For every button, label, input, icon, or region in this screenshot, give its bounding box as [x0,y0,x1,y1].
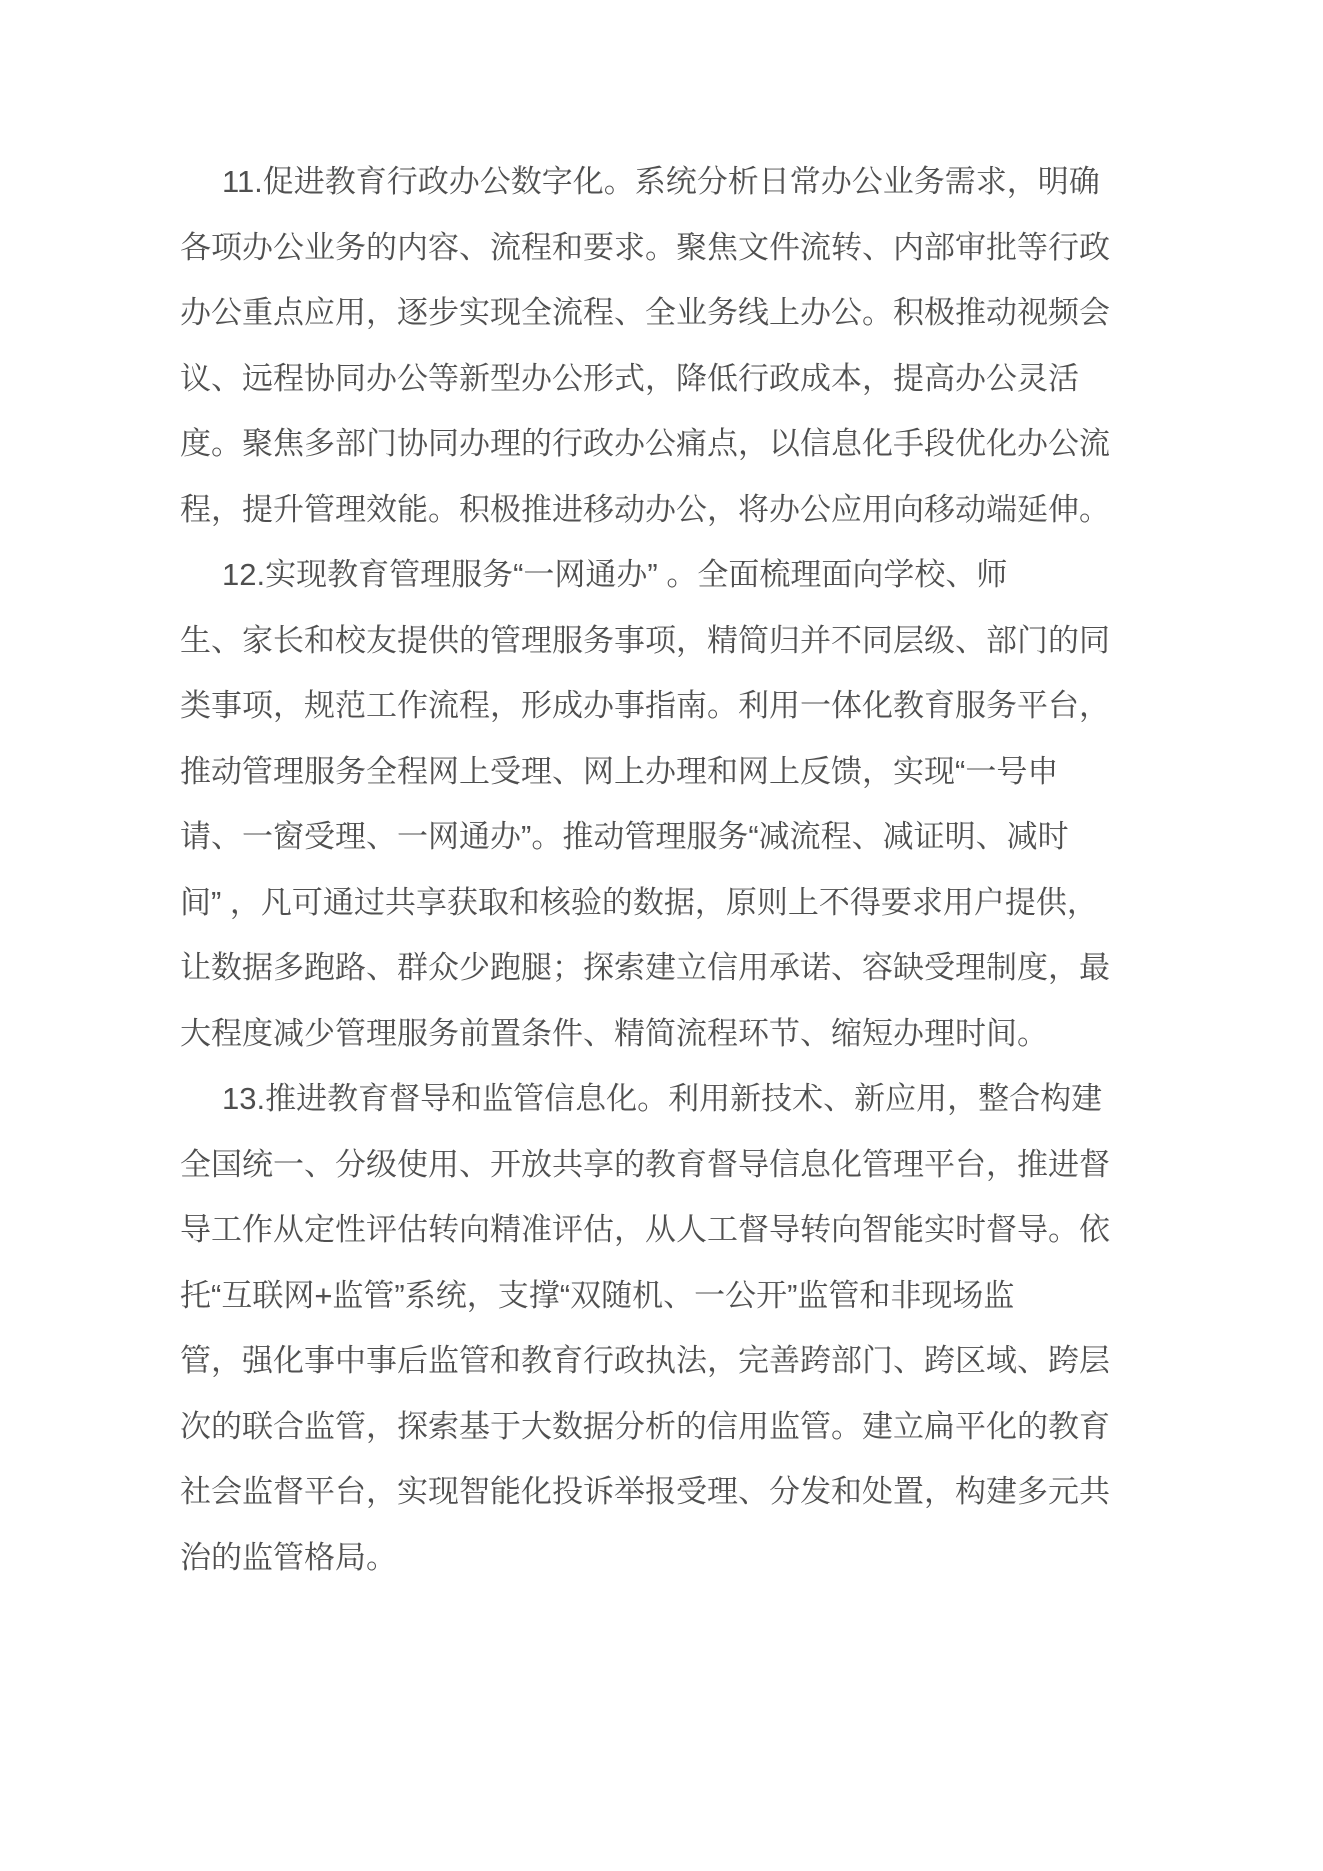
text-line: 间” ，凡可通过共享获取和核验的数据，原则上不得要求用户提供， [180,870,1173,936]
document-page: 11.促进教育行政办公数字化。系统分析日常办公业务需求，明确各项办公业务的内容、… [0,0,1323,1871]
text-line: 程，提升管理效能。积极推进移动办公，将办公应用向移动端延伸。 [180,477,1173,543]
text-line: 导工作从定性评估转向精准评估，从人工督导转向智能实时督导。依 [180,1197,1173,1263]
text-line: 度。聚焦多部门协同办理的行政办公痛点，以信息化手段优化办公流 [180,411,1173,477]
text-line: 请、一窗受理、一网通办”。推动管理服务“减流程、减证明、减时 [180,804,1173,870]
text-line: 管，强化事中事后监管和教育行政执法，完善跨部门、跨区域、跨层 [180,1328,1173,1394]
document-body: 11.促进教育行政办公数字化。系统分析日常办公业务需求，明确各项办公业务的内容、… [0,0,1323,1590]
text-line: 办公重点应用，逐步实现全流程、全业务线上办公。积极推动视频会 [180,280,1173,346]
text-line: 治的监管格局。 [180,1525,1173,1591]
text-line: 让数据多跑路、群众少跑腿；探索建立信用承诺、容缺受理制度，最 [180,935,1173,1001]
text-line: 全国统一、分级使用、开放共享的教育督导信息化管理平台，推进督 [180,1132,1173,1198]
paragraph: 12.实现教育管理服务“一网通办” 。全面梳理面向学校、师生、家长和校友提供的管… [180,542,1173,1066]
paragraph: 11.促进教育行政办公数字化。系统分析日常办公业务需求，明确各项办公业务的内容、… [180,149,1173,542]
text-line: 类事项，规范工作流程，形成办事指南。利用一体化教育服务平台， [180,673,1173,739]
text-line: 推动管理服务全程网上受理、网上办理和网上反馈，实现“一号申 [180,739,1173,805]
text-line: 次的联合监管，探索基于大数据分析的信用监管。建立扁平化的教育 [180,1394,1173,1460]
text-line: 托“互联网+监管”系统，支撑“双随机、一公开”监管和非现场监 [180,1263,1173,1329]
paragraph-first-line: 11.促进教育行政办公数字化。系统分析日常办公业务需求，明确 [180,149,1173,215]
text-line: 大程度减少管理服务前置条件、精简流程环节、缩短办理时间。 [180,1001,1173,1067]
paragraph-first-line: 13.推进教育督导和监管信息化。利用新技术、新应用，整合构建 [180,1066,1173,1132]
text-line: 议、远程协同办公等新型办公形式，降低行政成本，提高办公灵活 [180,346,1173,412]
text-line: 各项办公业务的内容、流程和要求。聚焦文件流转、内部审批等行政 [180,215,1173,281]
text-line: 生、家长和校友提供的管理服务事项，精简归并不同层级、部门的同 [180,608,1173,674]
paragraph-first-line: 12.实现教育管理服务“一网通办” 。全面梳理面向学校、师 [180,542,1173,608]
text-line: 社会监督平台，实现智能化投诉举报受理、分发和处置，构建多元共 [180,1459,1173,1525]
paragraph: 13.推进教育督导和监管信息化。利用新技术、新应用，整合构建全国统一、分级使用、… [180,1066,1173,1590]
